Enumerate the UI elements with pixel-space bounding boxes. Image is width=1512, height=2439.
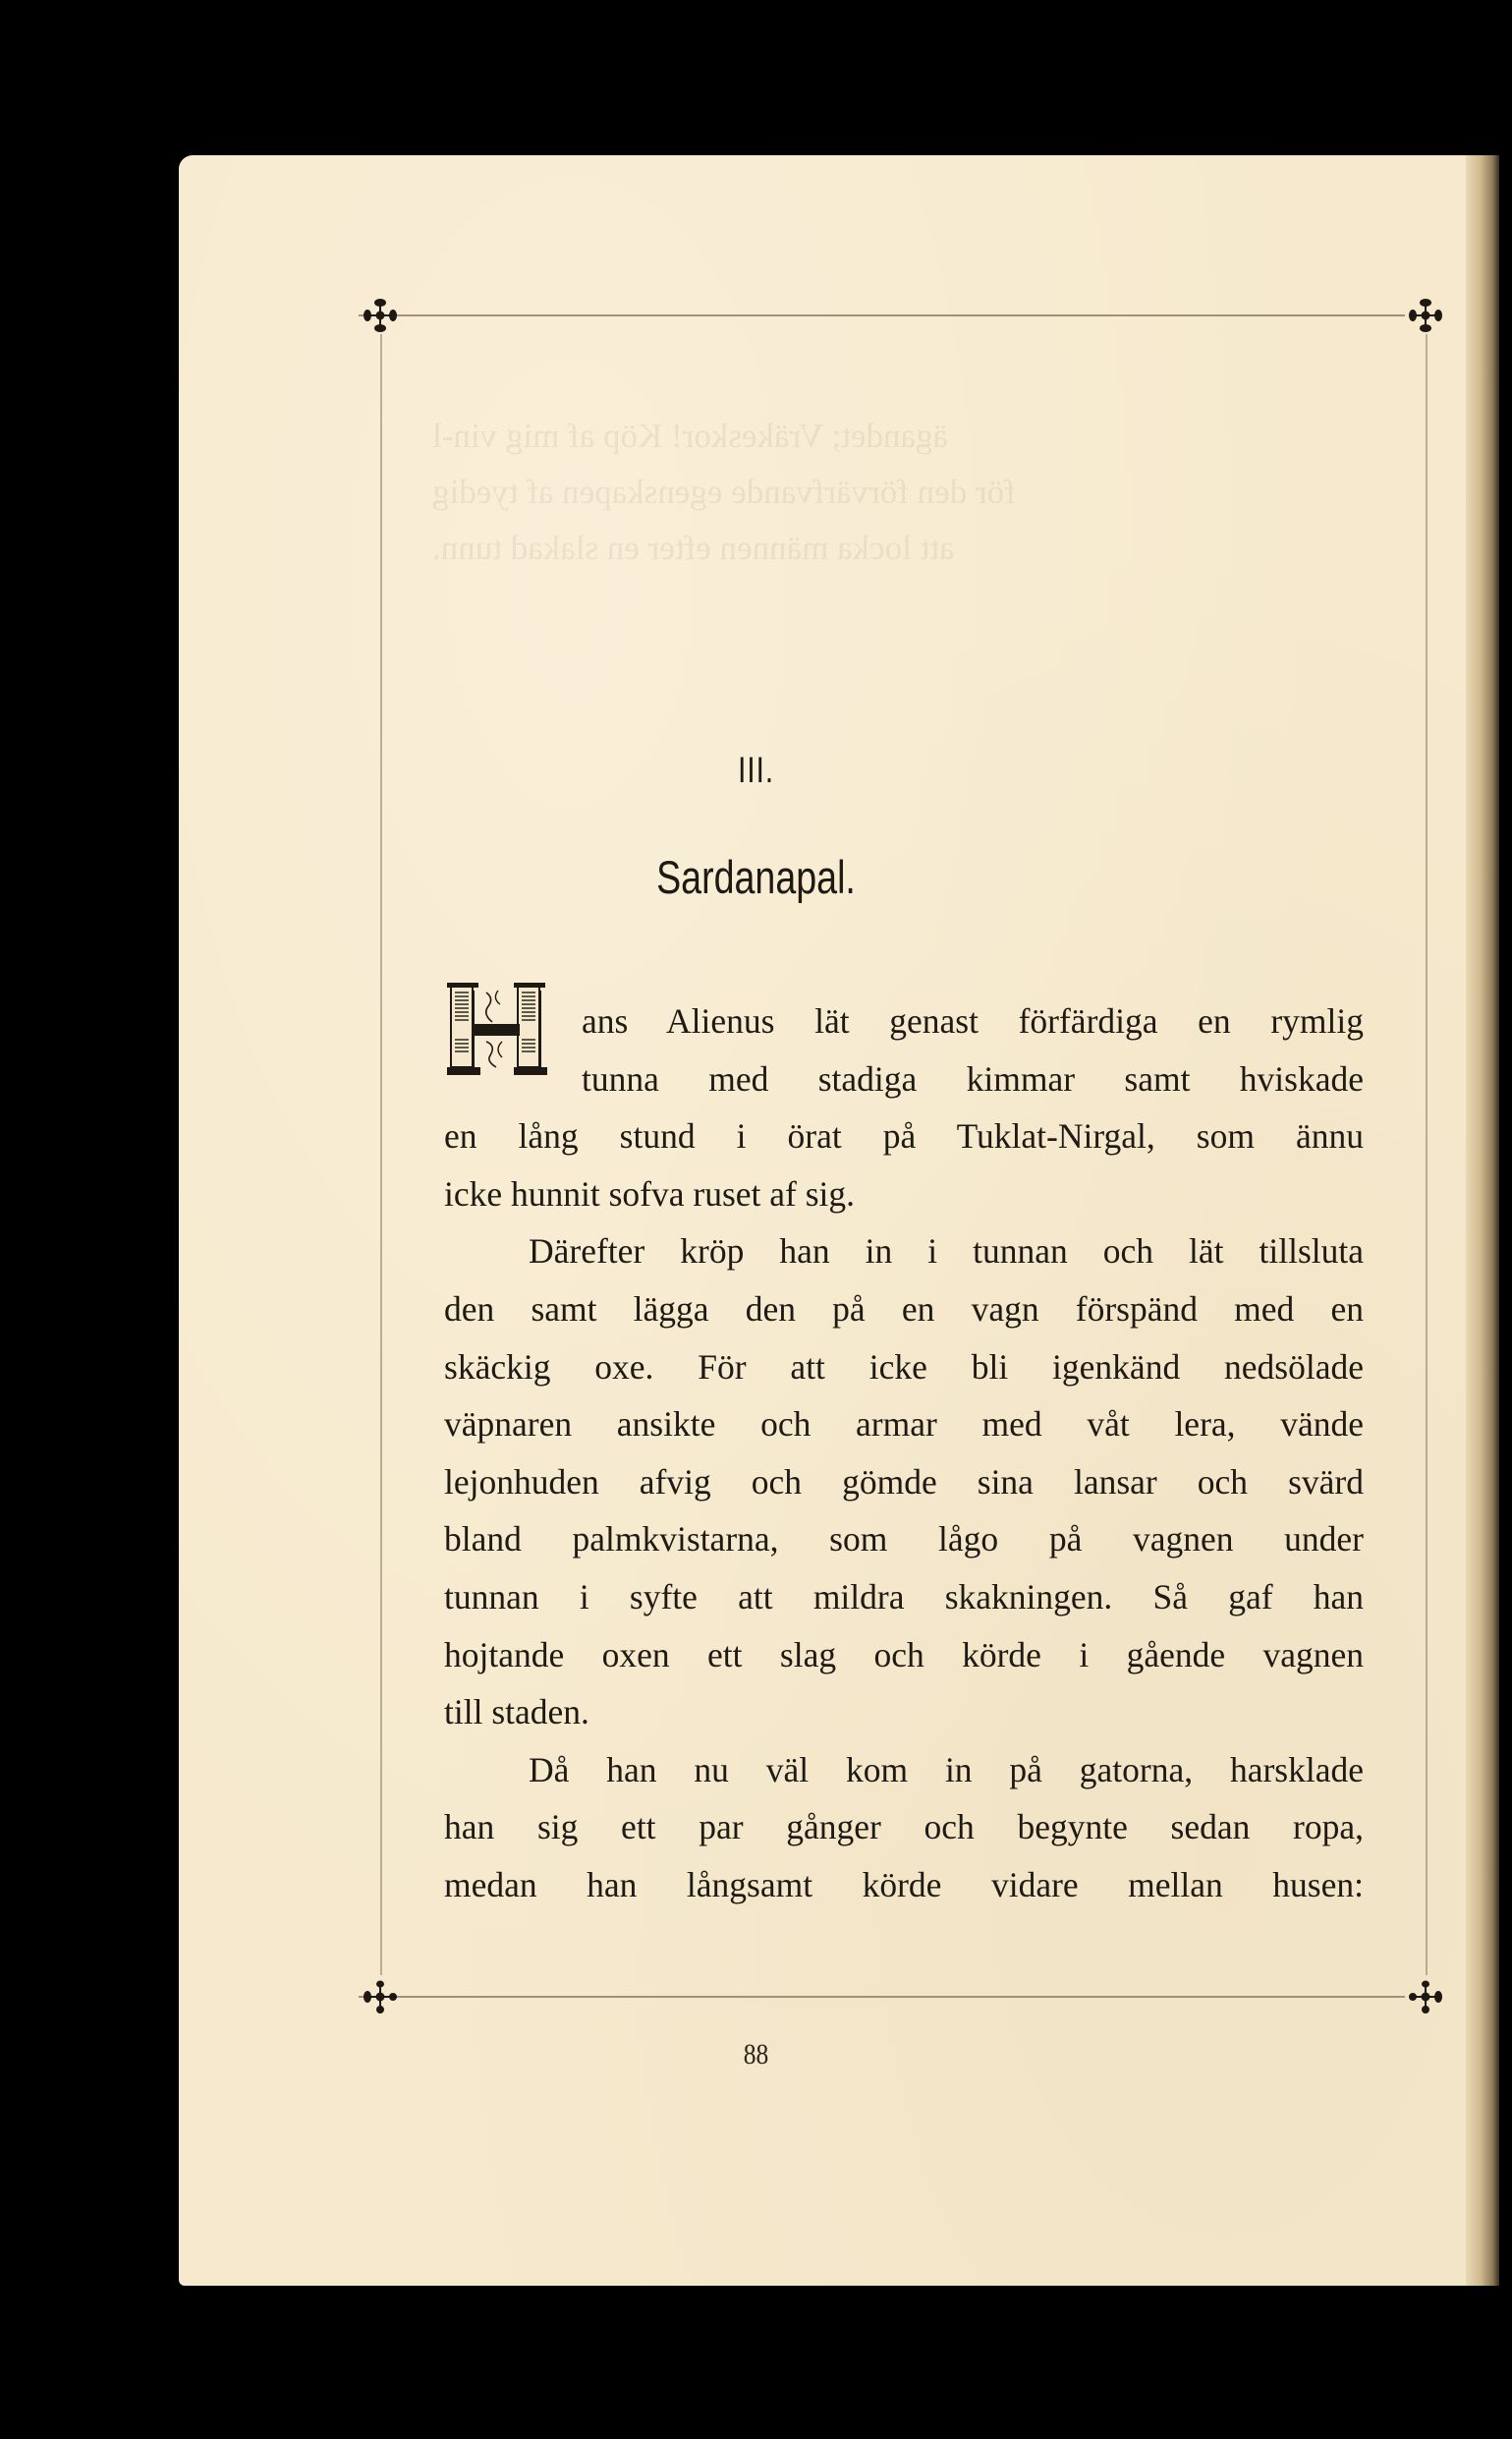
- text-line: en lång stund i örat på Tuklat-Nirgal, s…: [444, 1107, 1364, 1165]
- cross-ornament-icon: [1406, 1977, 1445, 2016]
- text-line: medan han långsamt körde vidare mellan h…: [444, 1856, 1364, 1914]
- text-line: tunna med stadiga kimmar samt hviskade: [444, 1050, 1364, 1108]
- chapter-title: Sardanapal.: [151, 850, 1361, 904]
- cross-ornament-icon: [361, 1977, 400, 2016]
- text-line: Därefter kröp han in i tunnan och lät ti…: [444, 1222, 1364, 1280]
- text-line: väpnaren ansikte och armar med våt lera,…: [444, 1395, 1364, 1453]
- page-spine-shadow: [1466, 155, 1499, 2286]
- frame-top-rule: [359, 314, 1405, 316]
- text-line: skäckig oxe. För att icke bli igenkänd n…: [444, 1338, 1364, 1396]
- text-line: lejonhuden afvig och gömde sina lansar o…: [444, 1453, 1364, 1511]
- page-number: 88: [113, 2038, 1398, 2071]
- text-line: Då han nu väl kom in på gatorna, harskla…: [444, 1741, 1364, 1799]
- text-line: tunnan i syfte att mildra skakningen. Så…: [444, 1568, 1364, 1626]
- text-line: icke hunnit sofva ruset af sig.: [444, 1165, 1364, 1223]
- text-line: hojtande oxen ett slag och körde i gåend…: [444, 1626, 1364, 1684]
- text-line: han sig ett par gånger och begynte sedan…: [444, 1798, 1364, 1856]
- cross-ornament-icon: [361, 296, 400, 335]
- bleed-through-text: ägandet; Vräkeskor! Köp af mig vin-l: [432, 408, 948, 464]
- body-text: ans Alienus lät genast förfärdiga en rym…: [444, 993, 1364, 1914]
- text-line: ans Alienus lät genast förfärdiga en rym…: [444, 993, 1364, 1050]
- frame-bottom-rule: [359, 1996, 1405, 1998]
- cross-ornament-icon: [1406, 296, 1445, 335]
- bleed-through-text: att locka männen efter en slakad tunn.: [432, 520, 955, 576]
- text-line: till staden.: [444, 1683, 1364, 1741]
- frame-right-rule: [1426, 334, 1428, 1975]
- chapter-number: III.: [137, 750, 1376, 791]
- text-line: bland palmkvistarna, som lågo på vagnen …: [444, 1510, 1364, 1568]
- bleed-through-text: för den förvärfvande egenskapen af tyedi…: [432, 464, 1016, 520]
- text-line: den samt lägga den på en vagn förspänd m…: [444, 1280, 1364, 1338]
- frame-left-rule: [380, 334, 382, 1975]
